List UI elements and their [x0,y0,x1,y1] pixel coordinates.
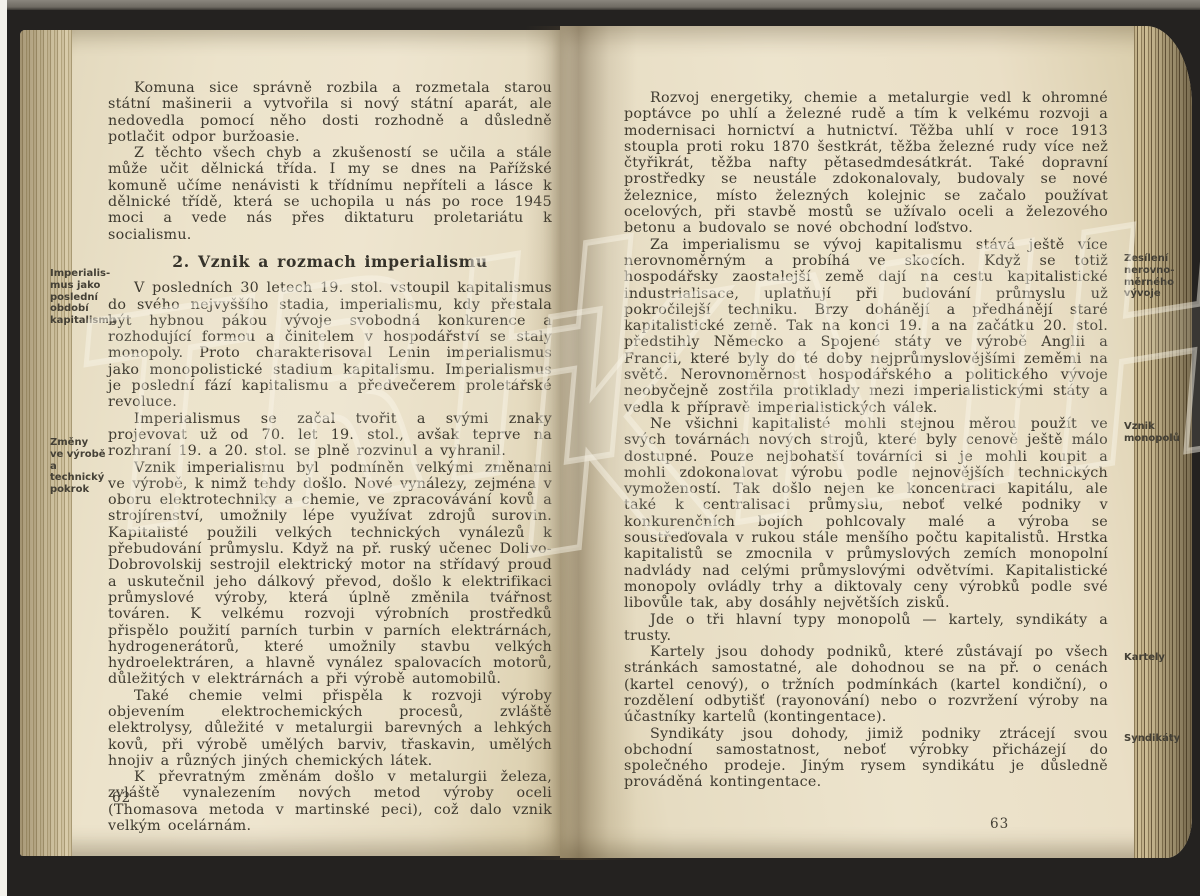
margin-note: Kartely [1124,652,1192,664]
paragraph: Z těchto všech chyb a zkušeností se učil… [108,145,552,243]
paragraph: Rozvoj energetiky, chemie a metalurgie v… [624,90,1108,237]
page-left: Komuna sice správně rozbila a rozmetala … [20,30,560,856]
paragraph: K převratným změnám došlo v metalurgii ž… [108,769,552,834]
page-right-text: Rozvoj energetiky, chemie a metalurgie v… [624,90,1108,791]
paragraph: Ne všichni kapitalisté mohli stejnou měr… [624,416,1108,612]
paragraph: V posledních 30 letech 19. stol. vstoupi… [108,280,552,410]
section-heading: 2. Vznik a rozmach imperialismu [108,254,552,270]
paragraph: Imperialismus se začal tvořit a svými zn… [108,411,552,460]
page-left-text: Komuna sice správně rozbila a rozmetala … [108,80,552,834]
margin-note: Zesílení nerovno- měrného vývoje [1124,253,1192,300]
paragraph: Syndikáty jsou dohody, jimiž podniky ztr… [624,726,1108,791]
page-number-right: 63 [990,816,1009,832]
paragraph: Vznik imperialismu byl podmíněn velkými … [108,460,552,688]
margin-note: Syndikáty [1124,733,1192,745]
margin-note: Imperialis- mus jako poslední období kap… [50,268,108,327]
paragraph: Kartely jsou dohody podniků, které zůstá… [624,644,1108,725]
book-scan-screenshot: { "watermark": { "left": "TRH", "right":… [0,0,1200,896]
scanner-edge-strip [0,0,1200,10]
margin-note: Vznik monopolů [1124,421,1192,445]
page-number-left: 62 [112,790,131,806]
paragraph: Komuna sice správně rozbila a rozmetala … [108,80,552,145]
margin-note: Změny ve výrobě a technický pokrok [50,437,108,496]
book-spread: Komuna sice správně rozbila a rozmetala … [20,26,1192,860]
scan-border [0,0,7,896]
paragraph: Jde o tři hlavní typy monopolů — kartely… [624,612,1108,645]
paragraph: Za imperialismu se vývoj kapitalismu stá… [624,237,1108,416]
paragraph: Také chemie velmi přispěla k rozvoji výr… [108,688,552,769]
page-right: Rozvoj energetiky, chemie a metalurgie v… [560,26,1192,858]
